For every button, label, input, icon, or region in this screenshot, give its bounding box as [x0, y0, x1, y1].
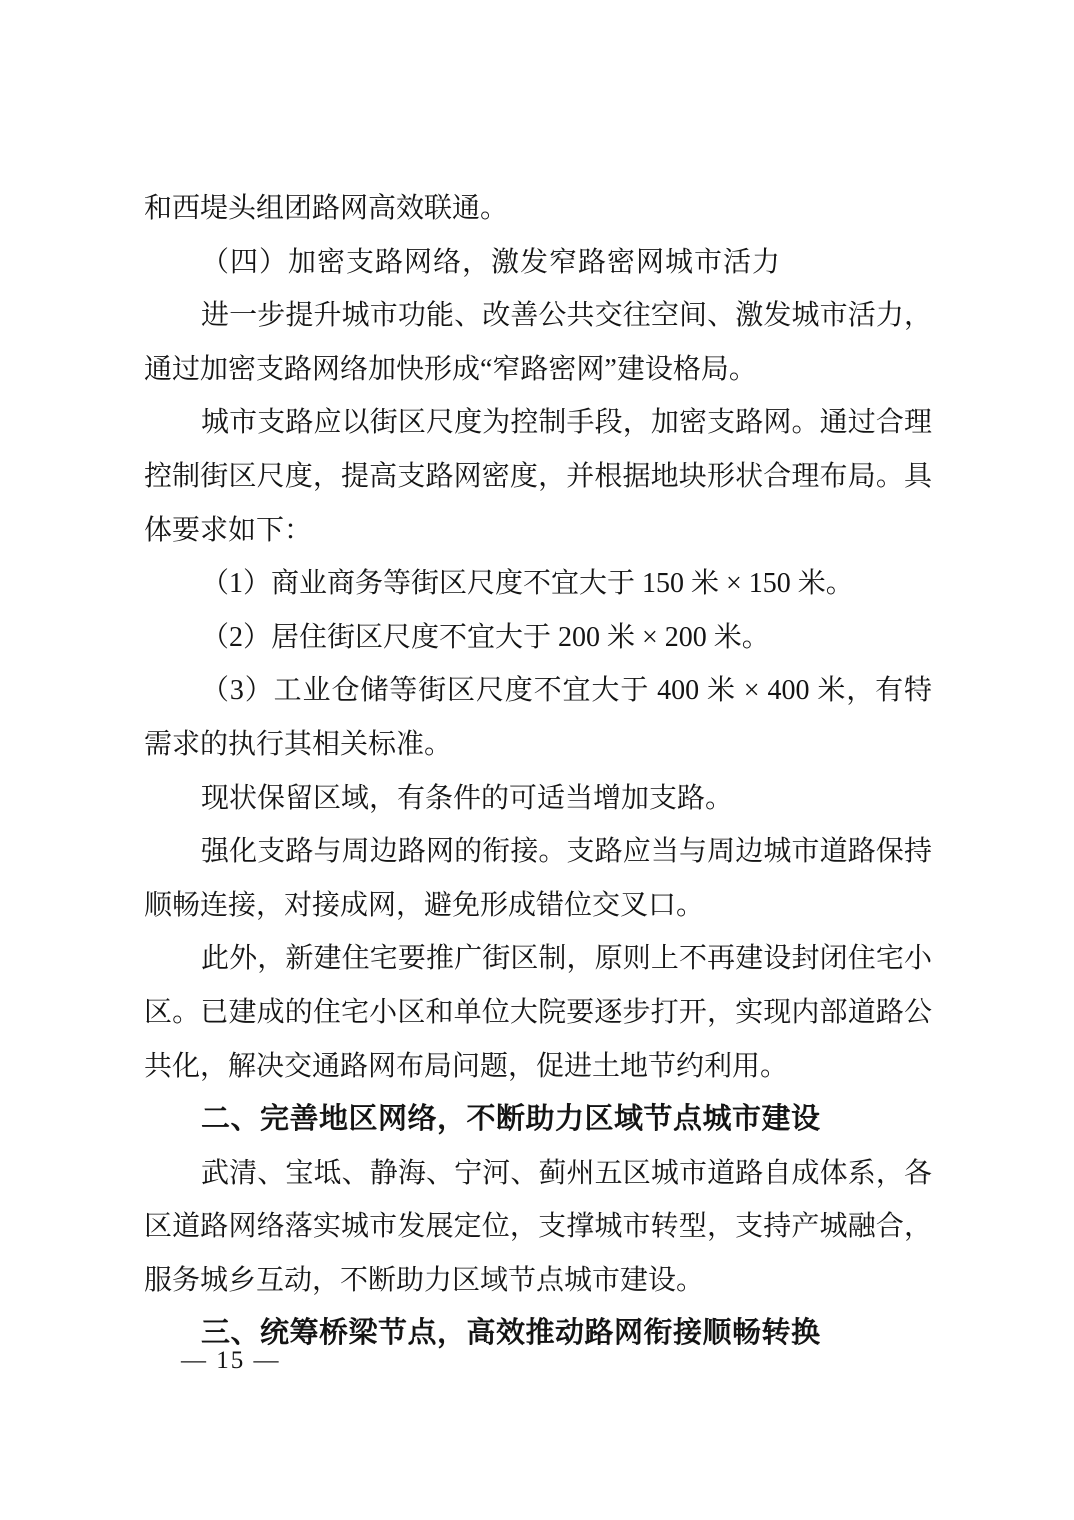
text-line: 顺畅连接，对接成网，避免形成错位交叉口。 — [144, 879, 932, 933]
document-body: 和西堤头组团路网高效联通。（四）加密支路网络，激发窄路密网城市活力进一步提升城市… — [144, 182, 932, 1361]
text-line: 服务城乡互动，不断助力区域节点城市建设。 — [144, 1254, 932, 1308]
text-line: 共化，解决交通路网布局问题，促进土地节约利用。 — [144, 1040, 932, 1094]
text-line: 体要求如下： — [144, 504, 932, 558]
text-line: 进一步提升城市功能、改善公共交往空间、激发城市活力， — [144, 289, 932, 343]
section-heading: 二、完善地区网络，不断助力区域节点城市建设 — [144, 1093, 932, 1147]
text-line: 强化支路与周边路网的衔接。支路应当与周边城市道路保持 — [144, 825, 932, 879]
text-line: 现状保留区域，有条件的可适当增加支路。 — [144, 772, 932, 826]
subsection-heading: （四）加密支路网络，激发窄路密网城市活力 — [144, 236, 932, 290]
text-line: 区道路网络落实城市发展定位，支撑城市转型，支持产城融合， — [144, 1200, 932, 1254]
text-line: 通过加密支路网络加快形成“窄路密网”建设格局。 — [144, 343, 932, 397]
text-line: 控制街区尺度，提高支路网密度，并根据地块形状合理布局。具 — [144, 450, 932, 504]
text-line: 区。已建成的住宅小区和单位大院要逐步打开，实现内部道路公 — [144, 986, 932, 1040]
text-line: 需求的执行其相关标准。 — [144, 718, 932, 772]
text-line: 和西堤头组团路网高效联通。 — [144, 182, 932, 236]
text-line: 武清、宝坻、静海、宁河、蓟州五区城市道路自成体系，各 — [144, 1147, 932, 1201]
page-number-footer: — 15 — — [181, 1344, 281, 1378]
text-line: （3）工业仓储等街区尺度不宜大于 400 米 × 400 米，有特殊 — [144, 664, 932, 718]
document-page: 和西堤头组团路网高效联通。（四）加密支路网络，激发窄路密网城市活力进一步提升城市… — [0, 0, 1074, 1520]
text-line: （1）商业商务等街区尺度不宜大于 150 米 × 150 米。 — [144, 557, 932, 611]
text-line: 城市支路应以街区尺度为控制手段，加密支路网。通过合理 — [144, 396, 932, 450]
text-line: （2）居住街区尺度不宜大于 200 米 × 200 米。 — [144, 611, 932, 665]
text-line: 此外，新建住宅要推广街区制，原则上不再建设封闭住宅小 — [144, 932, 932, 986]
